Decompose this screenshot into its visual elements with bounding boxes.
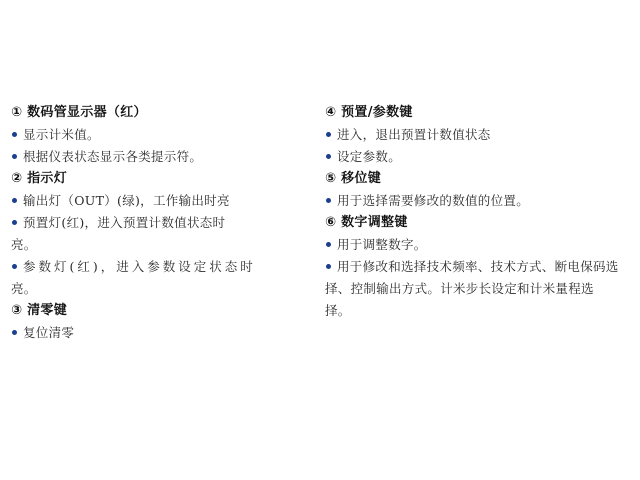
- bullet-dot-icon: [326, 242, 331, 247]
- bullet-dot-icon: [12, 220, 17, 225]
- bullet-dot-icon: [326, 154, 331, 159]
- section-heading-shift-key: ⑤ 移位键: [325, 168, 625, 190]
- section-heading-display: ① 数码管显示器（红）: [11, 102, 311, 124]
- bullet-dot-icon: [326, 264, 331, 269]
- list-item-continuation: 择。: [325, 300, 625, 322]
- section-heading-preset-key: ④ 预置/参数键: [325, 102, 625, 124]
- list-item: 用于选择需要修改的数值的位置。: [325, 190, 625, 212]
- bullet-dot-icon: [12, 132, 17, 137]
- section-heading-indicator: ② 指示灯: [11, 168, 311, 190]
- list-item: 用于调整数字。: [325, 234, 625, 256]
- right-column: ④ 预置/参数键 进入，退出预置计数值状态 设定参数。 ⑤ 移位键 用于选择需要…: [325, 102, 625, 322]
- list-item: 显示计米值。: [11, 124, 311, 146]
- list-item: 根据仪表状态显示各类提示符。: [11, 146, 311, 168]
- list-item-continuation: 亮。: [11, 234, 311, 256]
- list-item-continuation: 择、控制输出方式。计米步长设定和计米量程选: [325, 278, 625, 300]
- bullet-dot-icon: [12, 264, 17, 269]
- list-item: 进入，退出预置计数值状态: [325, 124, 625, 146]
- list-item-continuation: 亮。: [11, 278, 311, 300]
- left-column: ① 数码管显示器（红） 显示计米值。 根据仪表状态显示各类提示符。 ② 指示灯 …: [11, 102, 311, 344]
- list-item: 复位清零: [11, 322, 311, 344]
- list-item: 预置灯(红)，进入预置计数值状态时: [11, 212, 311, 234]
- bullet-dot-icon: [326, 198, 331, 203]
- bullet-dot-icon: [12, 198, 17, 203]
- list-item: 输出灯（OUT）(绿)，工作输出时亮: [11, 190, 311, 212]
- section-heading-digit-key: ⑥ 数字调整键: [325, 212, 625, 234]
- bullet-dot-icon: [12, 154, 17, 159]
- section-heading-reset-key: ③ 清零键: [11, 300, 311, 322]
- bullet-dot-icon: [326, 132, 331, 137]
- list-item: 设定参数。: [325, 146, 625, 168]
- bullet-dot-icon: [12, 330, 17, 335]
- list-item: 参数灯(红)，进入参数设定状态时: [11, 256, 311, 278]
- list-item: 用于修改和选择技术频率、技术方式、断电保码选: [325, 256, 625, 278]
